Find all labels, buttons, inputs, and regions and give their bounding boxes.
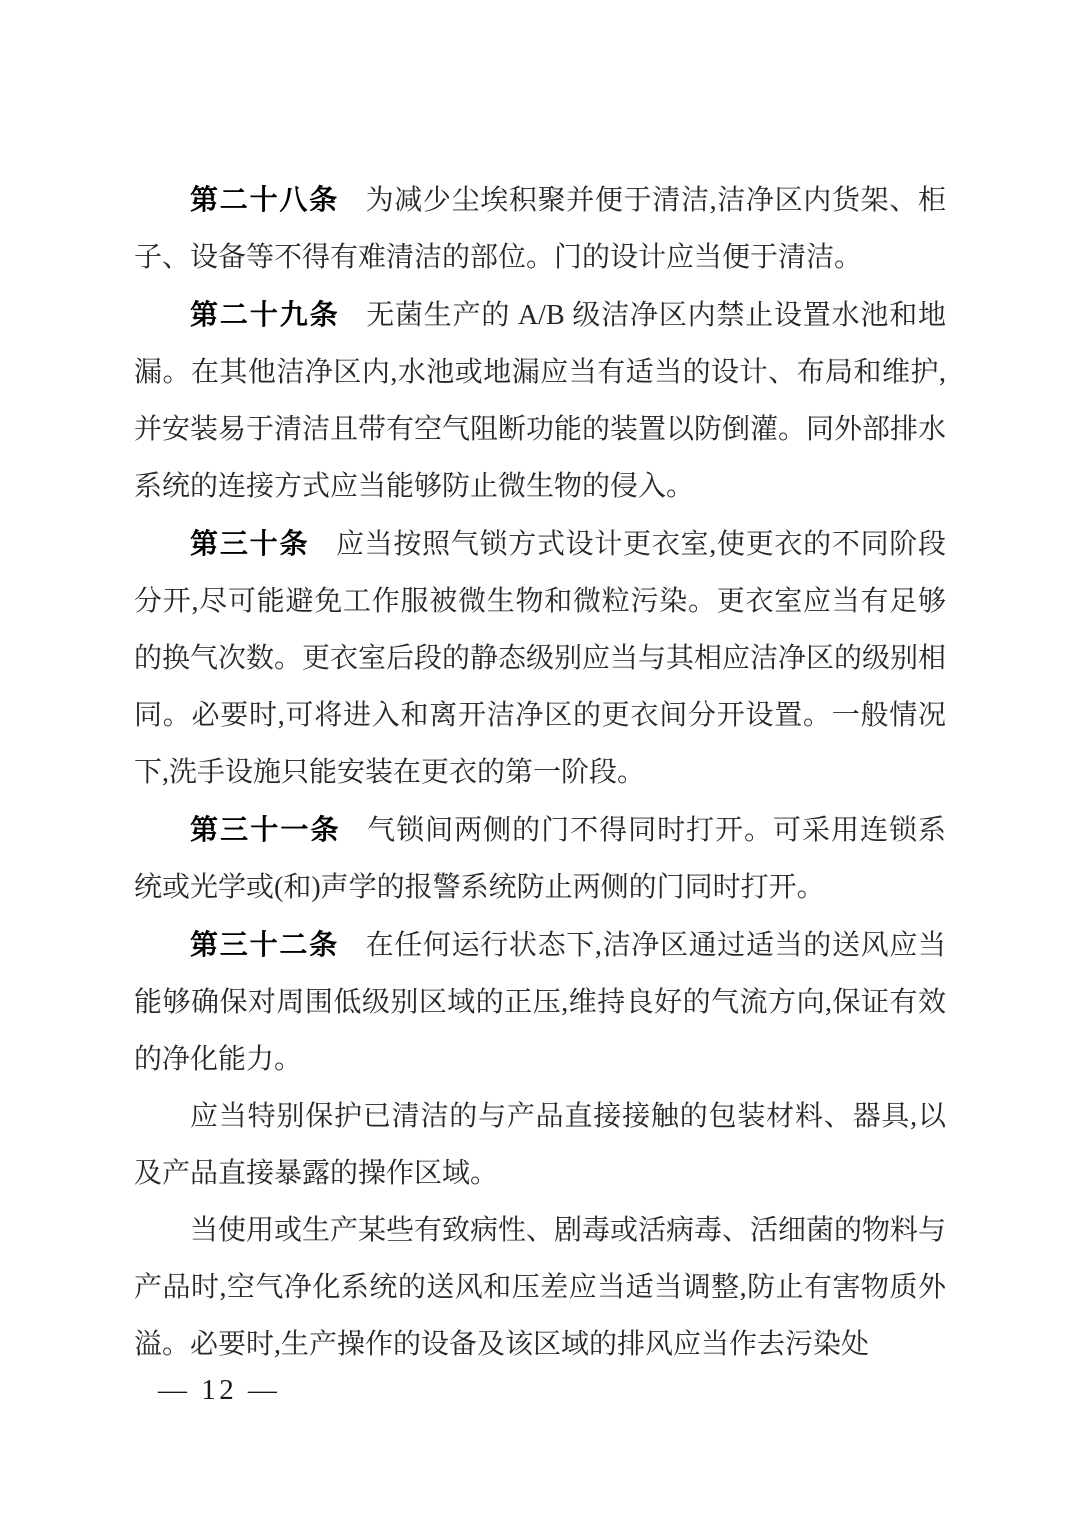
article-text: 当使用或生产某些有致病性、剧毒或活病毒、活细菌的物料与产品时,空气净化系统的送风… (134, 1215, 946, 1360)
article-paragraph: 第三十条应当按照气锁方式设计更衣室,使更衣的不同阶段分开,尽可能避免工作服被微生… (134, 515, 946, 801)
page-number: — 12 — (158, 1374, 280, 1406)
article-text: 无菌生产的 A/B 级洁净区内禁止设置水池和地漏。在其他洁净区内,水池或地漏应当… (134, 300, 946, 502)
article-number: 第二十九条 (190, 299, 340, 330)
article-number: 第三十条 (190, 528, 309, 559)
article-paragraph: 应当特别保护已清洁的与产品直接接触的包装材料、器具,以及产品直接暴露的操作区域。 (134, 1088, 946, 1202)
article-number: 第三十一条 (190, 814, 341, 845)
page-footer: — 12 — (158, 1372, 280, 1408)
article-paragraph: 第三十二条在任何运行状态下,洁净区通过适当的送风应当能够确保对周围低级别区域的正… (134, 916, 946, 1088)
article-paragraph: 当使用或生产某些有致病性、剧毒或活病毒、活细菌的物料与产品时,空气净化系统的送风… (134, 1202, 946, 1373)
article-number: 第二十八条 (190, 184, 339, 215)
article-text: 应当按照气锁方式设计更衣室,使更衣的不同阶段分开,尽可能避免工作服被微生物和微粒… (134, 529, 946, 788)
document-page: 第二十八条为减少尘埃积聚并便于清洁,洁净区内货架、柜子、设备等不得有难清洁的部位… (0, 0, 1080, 1527)
article-paragraph: 第二十九条无菌生产的 A/B 级洁净区内禁止设置水池和地漏。在其他洁净区内,水池… (134, 286, 946, 515)
article-paragraph: 第二十八条为减少尘埃积聚并便于清洁,洁净区内货架、柜子、设备等不得有难清洁的部位… (134, 171, 946, 286)
article-text: 应当特别保护已清洁的与产品直接接触的包装材料、器具,以及产品直接暴露的操作区域。 (134, 1101, 946, 1189)
document-body: 第二十八条为减少尘埃积聚并便于清洁,洁净区内货架、柜子、设备等不得有难清洁的部位… (134, 171, 946, 1373)
article-paragraph: 第三十一条气锁间两侧的门不得同时打开。可采用连锁系统或光学或(和)声学的报警系统… (134, 801, 946, 916)
article-number: 第三十二条 (190, 929, 339, 960)
